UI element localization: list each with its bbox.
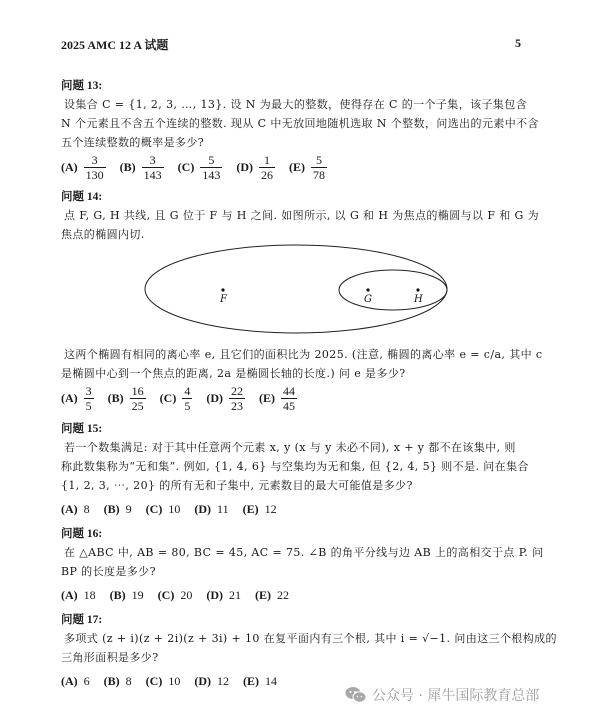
watermark: 公众号 · 犀牛国际教育总部 [345, 683, 539, 707]
choice-e: (E)22 [255, 588, 289, 603]
choice-b: (B)8 [104, 674, 132, 689]
choice-a: (A)18 [61, 588, 96, 603]
inner-ellipse [339, 270, 447, 310]
problem-text-line: 是椭圆中心到一个焦点的距离, 2a 是椭圆长轴的长度.) 问 e 是多少? [61, 364, 531, 383]
choice-d: (D)12 [194, 674, 229, 689]
fraction: 3130 [84, 154, 106, 181]
problem-13: 问题 13: 设集合 C = {1, 2, 3, …, 13}. 设 N 为最大… [61, 77, 531, 182]
fraction: 45 [182, 385, 192, 412]
problem-text-line: 若一个数集满足: 对于其中任意两个元素 x, y (x 与 y 未必不同), x… [61, 438, 531, 457]
point-h [416, 288, 419, 291]
choice-c: (C)5143 [178, 154, 223, 181]
problem-17: 问题 17: 多项式 (z + i)(z + 2i)(z + 3i) + 10 … [61, 611, 531, 691]
problem-text-line: BP 的长度是多少? [61, 562, 531, 581]
choice-a: (A)6 [61, 674, 90, 689]
choice-a: (A)3130 [61, 154, 106, 181]
choice-c: (C)20 [158, 588, 193, 603]
problem-14: 问题 14: 点 F, G, H 共线, 且 G 位于 F 与 H 之间. 如图… [61, 188, 531, 244]
point-f [221, 288, 224, 291]
problem-text-line: 设集合 C = {1, 2, 3, …, 13}. 设 N 为最大的整数，使得存… [61, 95, 531, 114]
choice-e: (E)14 [243, 674, 277, 689]
page-number: 5 [515, 36, 521, 51]
problem-text-line: 多项式 (z + i)(z + 2i)(z + 3i) + 10 在复平面内有三… [61, 629, 531, 648]
document-title: 2025 AMC 12 A 试题 [61, 38, 168, 52]
watermark-text: 公众号 · 犀牛国际教育总部 [372, 685, 539, 705]
choice-e: (E)12 [243, 502, 277, 517]
document-page: 2025 AMC 12 A 试题 5 问题 13: 设集合 C = {1, 2,… [0, 0, 591, 721]
svg-text:H: H [413, 294, 423, 305]
problem-text-line: N 个元素且不含五个连续的整数. 现从 C 中无放回地随机选取 N 个整数，问选… [61, 114, 531, 133]
problem-title: 问题 16: [61, 525, 531, 543]
fraction: 4445 [281, 385, 297, 412]
problem-text-line: 三角形面积是多少? [61, 648, 531, 667]
fraction: 35 [84, 385, 94, 412]
choice-c: (C)10 [146, 502, 181, 517]
problem-14-continued: 这两个椭圆有相同的离心率 e, 且它们的面积比为 2025. (注意, 椭圆的离… [61, 345, 531, 413]
point-g [366, 288, 369, 291]
problem-text-line: 这两个椭圆有相同的离心率 e, 且它们的面积比为 2025. (注意, 椭圆的离… [61, 345, 531, 364]
choice-e: (E)578 [289, 154, 327, 181]
choice-b: (B)19 [110, 588, 144, 603]
problem-15: 问题 15: 若一个数集满足: 对于其中任意两个元素 x, y (x 与 y 未… [61, 420, 531, 519]
choice-d: (D)11 [194, 502, 228, 517]
answer-choices: (A)35 (B)1625 (C)45 (D)2223 (E)4445 [61, 383, 531, 413]
choice-a: (A)35 [61, 385, 94, 412]
svg-text:G: G [364, 294, 372, 305]
choice-b: (B)1625 [108, 385, 146, 412]
choice-c: (C)10 [146, 674, 181, 689]
problem-text-line: 在 △ABC 中, AB = 80, BC = 45, AC = 75. ∠B … [61, 543, 531, 562]
problem-title: 问题 17: [61, 611, 531, 629]
problem-16: 问题 16: 在 △ABC 中, AB = 80, BC = 45, AC = … [61, 525, 531, 605]
fraction: 578 [311, 154, 327, 181]
problem-title: 问题 15: [61, 420, 531, 438]
choice-b: (B)9 [104, 502, 132, 517]
problem-text-line: 五个连续整数的概率是多少? [61, 133, 531, 152]
outer-ellipse [145, 245, 447, 333]
answer-choices: (A)3130 (B)3143 (C)5143 (D)126 (E)578 [61, 152, 531, 182]
answer-choices: (A)8 (B)9 (C)10 (D)11 (E)12 [61, 499, 531, 519]
choice-d: (D)21 [206, 588, 241, 603]
fraction: 3143 [142, 154, 164, 181]
choice-c: (C)45 [160, 385, 193, 412]
answer-choices: (A)18 (B)19 (C)20 (D)21 (E)22 [61, 585, 531, 605]
wechat-icon [345, 686, 367, 704]
problem-title: 问题 14: [61, 188, 531, 206]
svg-text:F: F [219, 294, 228, 305]
ellipses-diagram: F G H [140, 240, 460, 340]
fraction: 2223 [229, 385, 245, 412]
choice-a: (A)8 [61, 502, 90, 517]
problem-title: 问题 13: [61, 77, 531, 95]
problem-text-line: 点 F, G, H 共线, 且 G 位于 F 与 H 之间. 如图所示, 以 G… [61, 206, 531, 225]
fraction: 1625 [130, 385, 146, 412]
choice-e: (E)4445 [259, 385, 297, 412]
page-header: 2025 AMC 12 A 试题 5 [61, 36, 521, 53]
problem-text-line: 称此数集称为“无和集”. 例如, {1, 4, 6} 与空集均为无和集, 但 {… [61, 457, 531, 476]
fraction: 5143 [200, 154, 222, 181]
problem-text-line: {1, 2, 3, ⋯, 20} 的所有无和子集中, 元素数目的最大可能值是多少… [61, 476, 531, 495]
fraction: 126 [259, 154, 275, 181]
choice-b: (B)3143 [120, 154, 164, 181]
choice-d: (D)126 [236, 154, 275, 181]
choice-d: (D)2223 [206, 385, 245, 412]
